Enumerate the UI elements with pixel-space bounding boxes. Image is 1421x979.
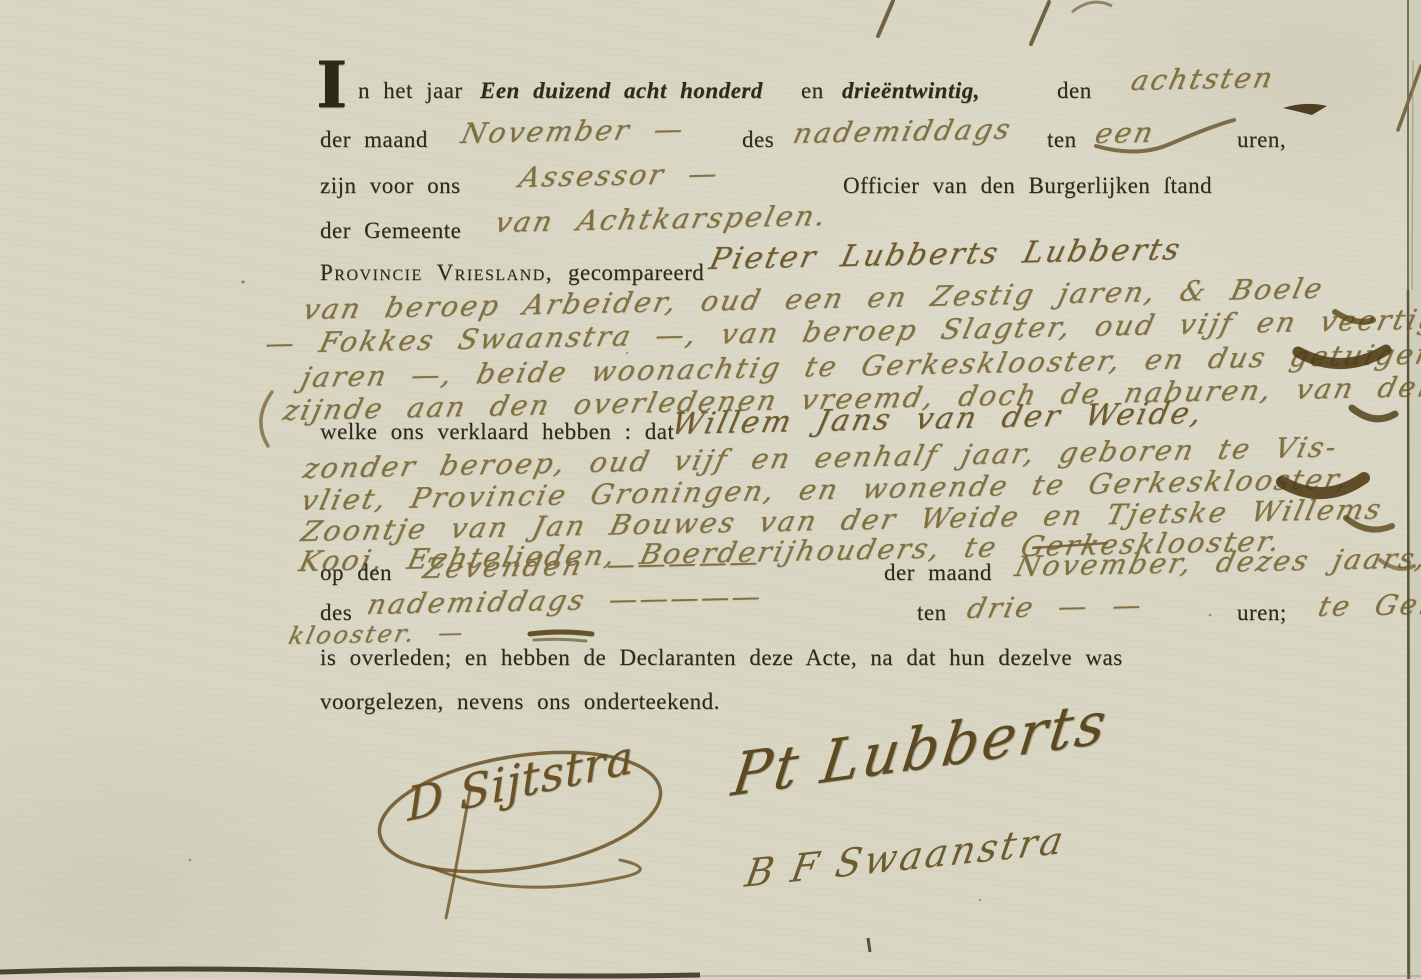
signature: D Sijtstra	[406, 729, 635, 832]
signature: Pt Lubberts	[728, 687, 1113, 810]
printed-text-segment: ten	[917, 600, 947, 626]
printed-text-segment: en	[801, 78, 824, 104]
handwritten-text-segment: Assessor —	[516, 157, 723, 194]
printed-text-segment: den	[1057, 78, 1092, 104]
drop-cap-initial: I	[316, 54, 346, 118]
printed-text-segment: Provincie Vriesland,	[320, 260, 553, 286]
handwritten-text-segment: nademiddags	[790, 112, 1016, 150]
printed-text-segment: Officier van den Burgerlijken ſtand	[843, 173, 1212, 199]
printed-text-segment: der Gemeente	[320, 218, 461, 244]
handwritten-text-segment: drie — —	[964, 588, 1147, 625]
printed-text-segment: n het jaar	[358, 78, 463, 104]
printed-text-segment: des	[742, 127, 774, 153]
handwritten-text-segment: een	[1092, 116, 1159, 150]
printed-text-segment: uren;	[1237, 600, 1287, 626]
signature: B F Swaanstra	[742, 817, 1070, 896]
handwritten-text-segment: achtsten	[1128, 61, 1278, 97]
printed-text-segment: ten	[1047, 127, 1077, 153]
death-record-page: I n het jaar Een duizend acht honderd en…	[0, 0, 1421, 979]
printed-text-segment: gecompareerd	[568, 260, 704, 286]
printed-text-segment: uren,	[1237, 127, 1286, 153]
printed-text-segment: der maand	[884, 560, 992, 586]
handwritten-text-segment: van Achtkarspelen.	[492, 199, 831, 239]
printed-text-segment: welke ons verklaard hebben : dat	[320, 419, 674, 445]
printed-text-segment: der maand	[320, 127, 428, 153]
handwritten-text-segment: nademiddags —————	[364, 580, 766, 621]
handwritten-text-segment: Zevenden —————	[420, 545, 764, 585]
printed-text-segment: drieëntwintig,	[842, 78, 980, 104]
printed-text-segment: is overleden; en hebben de Declaranten d…	[320, 645, 1123, 671]
printed-text-segment: op den	[320, 560, 392, 586]
handwritten-text-segment: November —	[458, 112, 689, 150]
printed-text-segment: zijn voor ons	[320, 173, 461, 199]
printed-text-segment: voorgelezen, nevens ons onderteekend.	[320, 689, 720, 715]
printed-text-segment: Een duizend acht honderd	[480, 78, 763, 104]
handwritten-text-segment: te Gerkes-	[1315, 586, 1421, 623]
page-edge	[1407, 0, 1421, 979]
handwritten-text-segment: Pieter Lubberts Lubberts	[706, 232, 1185, 277]
